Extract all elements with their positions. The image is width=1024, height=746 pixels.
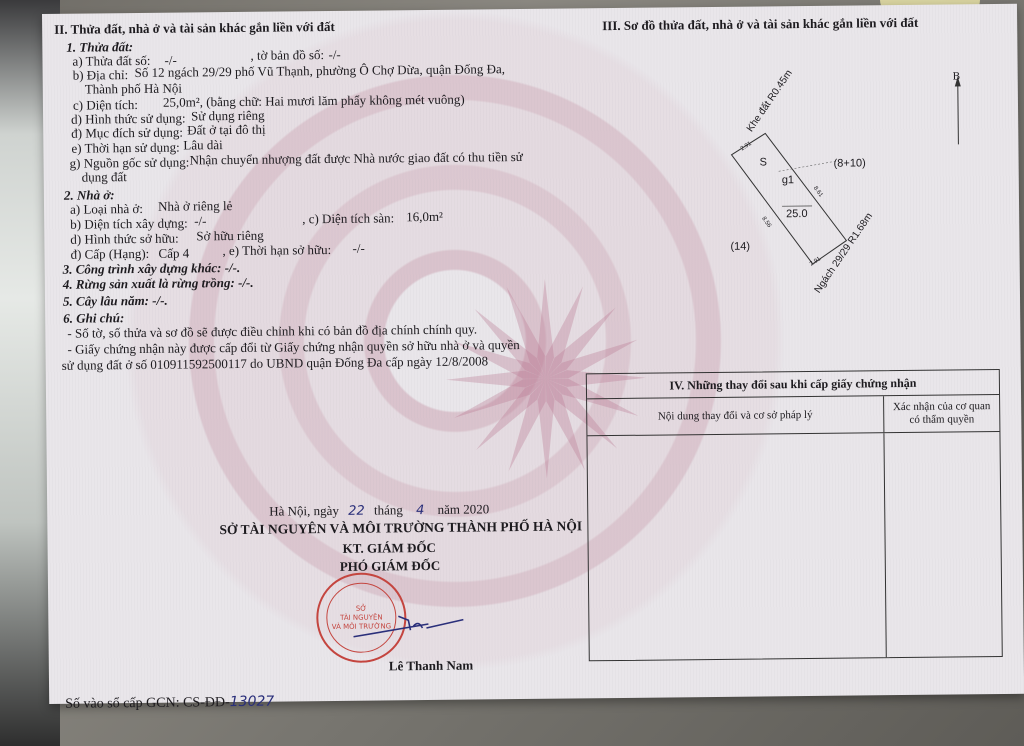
own-term: -/- xyxy=(352,241,364,257)
register-number: Số vào sổ cấp GCN: CS-ĐĐ-13027 xyxy=(65,694,274,713)
handwritten-signature xyxy=(348,606,468,647)
neighbor-right: (8+10) xyxy=(834,155,866,171)
map-sheet-label: , tờ bản đồ số: xyxy=(250,47,324,64)
section-3-title: III. Sơ đồ thửa đất, nhà ở và tài sản kh… xyxy=(602,15,918,34)
parcel-code: g1 xyxy=(782,172,794,188)
floor-area: 16,0m² xyxy=(406,209,443,225)
date-month: 4 xyxy=(416,503,424,518)
map-sheet: -/- xyxy=(328,47,340,63)
date-day: 22 xyxy=(348,504,365,519)
origin-line2: dụng đất xyxy=(82,169,127,185)
parcel-symbol: S xyxy=(760,154,768,170)
neighbor-left: (14) xyxy=(730,239,750,255)
date-line: Hà Nội, ngày 22 tháng 4 năm 2020 xyxy=(269,501,489,520)
origin-line1: Nhận chuyển nhượng đất được Nhà nước gia… xyxy=(189,149,522,168)
floor-area-label: , c) Diện tích sàn: xyxy=(302,210,394,227)
own-term-label: , e) Thời hạn sở hữu: xyxy=(222,242,331,259)
agency-name: SỞ TÀI NGUYÊN VÀ MÔI TRƯỜNG THÀNH PHỐ HÀ… xyxy=(219,518,582,538)
parcel-area: 25.0 xyxy=(786,206,808,222)
forest: 4. Rừng sản xuất là rừng trồng: -/-. xyxy=(63,275,254,293)
register-number-value: 13027 xyxy=(230,694,275,710)
purpose: Đất ở tại đô thị xyxy=(187,122,266,139)
perennial: 5. Cây lâu năm: -/-. xyxy=(63,293,168,310)
grade: Cấp 4 xyxy=(158,245,189,261)
change-content-cell xyxy=(587,433,886,660)
signer-name: Lê Thanh Nam xyxy=(389,658,473,675)
authority-confirmation-cell xyxy=(884,432,1001,657)
col-authority-confirmation: Xác nhận của cơ quancó thẩm quyền xyxy=(884,395,999,432)
address-line1: Số 12 ngách 29/29 phố Vũ Thạnh, phường Ô… xyxy=(135,61,506,81)
on-behalf: KT. GIÁM ĐỐC xyxy=(343,540,436,557)
note-line-3: sử dụng đất ở số 010911592500117 do UBND… xyxy=(62,353,489,373)
term: Lâu dài xyxy=(183,137,223,153)
north-label: B xyxy=(953,68,961,84)
changes-table: IV. Những thay đổi sau khi cấp giấy chứn… xyxy=(586,369,1003,661)
section-2-title: II. Thửa đất, nhà ở và tài sản khác gắn … xyxy=(54,19,335,38)
col-change-content: Nội dung thay đổi và cơ sở pháp lý xyxy=(587,396,884,435)
build-area: -/- xyxy=(194,213,206,229)
land-certificate-page: II. Thửa đất, nhà ở và tài sản khác gắn … xyxy=(42,4,1024,704)
parcel-diagram xyxy=(703,74,995,307)
house-type: Nhà ở riêng lẻ xyxy=(158,198,233,215)
